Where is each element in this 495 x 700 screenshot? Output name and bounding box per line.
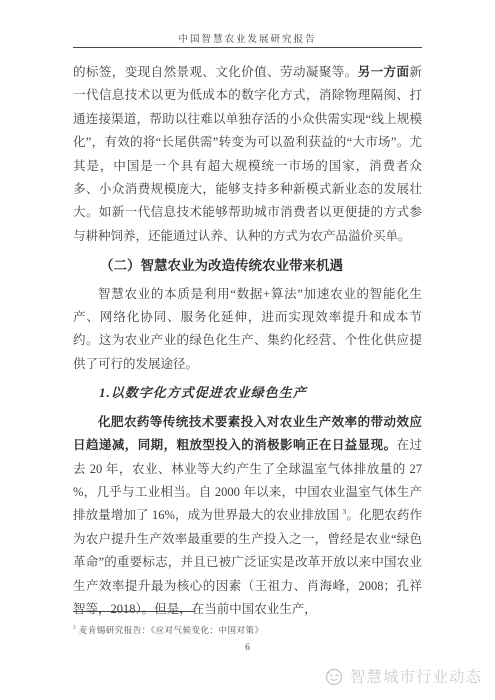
watermark-text: 智慧城市行业动态 bbox=[350, 665, 482, 687]
page-number: 6 bbox=[0, 643, 495, 653]
watermark: 智慧城市行业动态 bbox=[323, 665, 482, 687]
footnote-text: 麦肯锡研究报告：《应对气候变化：中国对策》 bbox=[76, 625, 263, 635]
header-rule bbox=[73, 47, 422, 48]
paragraph-market-opportunity: 的标签，变现自然景观、文化价值、劳动凝聚等。另一方面新一代信息技术以更为低成本的… bbox=[73, 61, 422, 248]
footnote: 3 麦肯锡研究报告：《应对气候变化：中国对策》 bbox=[73, 624, 422, 636]
document-body: 的标签，变现自然景观、文化价值、劳动凝聚等。另一方面新一代信息技术以更为低成本的… bbox=[73, 61, 422, 621]
subsection-heading: 1.以数字化方式促进农业绿色生产 bbox=[73, 381, 422, 404]
footnote-separator bbox=[73, 611, 195, 612]
header-title: 中国智慧农业发展研究报告 bbox=[0, 31, 495, 45]
paragraph-smart-agriculture-essence: 智慧农业的本质是利用“数据+算法”加速农业的智能化生产、网络化协同、服务化延伸，… bbox=[73, 283, 422, 377]
document-page: 中国智慧农业发展研究报告 的标签，变现自然景观、文化价值、劳动凝聚等。另一方面新… bbox=[0, 0, 495, 700]
paragraph-green-production: 化肥农药等传统技术要素投入对农业生产效率的带动效应日趋递减，同期，粗放型投入的消… bbox=[73, 411, 422, 622]
section-heading: （二）智慧农业为改造传统农业带来机遇 bbox=[73, 254, 422, 277]
smiley-logo-icon bbox=[323, 665, 345, 687]
